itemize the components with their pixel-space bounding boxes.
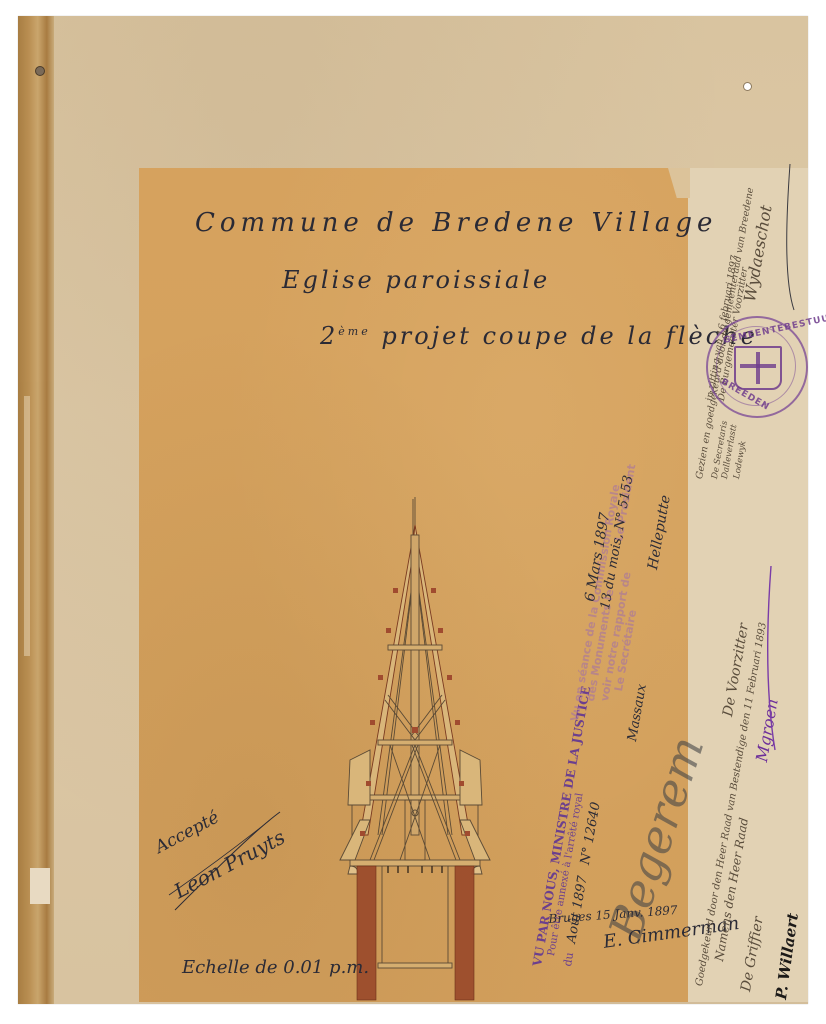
signature-line bbox=[760, 160, 800, 320]
cross-vertical bbox=[756, 352, 760, 384]
title-project-ordinal: ème bbox=[338, 325, 370, 338]
pin-icon bbox=[35, 66, 45, 76]
binding-wear bbox=[24, 396, 30, 656]
title-commune: Commune de Bredene Village bbox=[195, 208, 717, 238]
ministry-stamp-du: du bbox=[561, 951, 576, 967]
binding-strip bbox=[18, 16, 54, 1004]
title-church: Eglise paroissiale bbox=[282, 266, 550, 294]
spire-section-drawing bbox=[330, 495, 500, 1005]
punch-hole bbox=[744, 83, 751, 90]
purple-signature-stroke bbox=[745, 560, 785, 760]
municipal-seal: GEMEENTEBESTUUR BREEDEN bbox=[706, 316, 808, 418]
title-project-number: 2 bbox=[320, 322, 338, 350]
binding-tear bbox=[30, 868, 50, 904]
title-project-text: projet coupe de la flèche bbox=[381, 322, 757, 350]
coat-of-arms-icon bbox=[734, 346, 782, 390]
signature-flourish bbox=[165, 800, 285, 920]
scale-note: Echelle de 0.01 p.m. bbox=[182, 957, 369, 978]
cross-horizontal bbox=[740, 364, 776, 368]
title-project: 2ème projet coupe de la flèche bbox=[320, 322, 758, 350]
